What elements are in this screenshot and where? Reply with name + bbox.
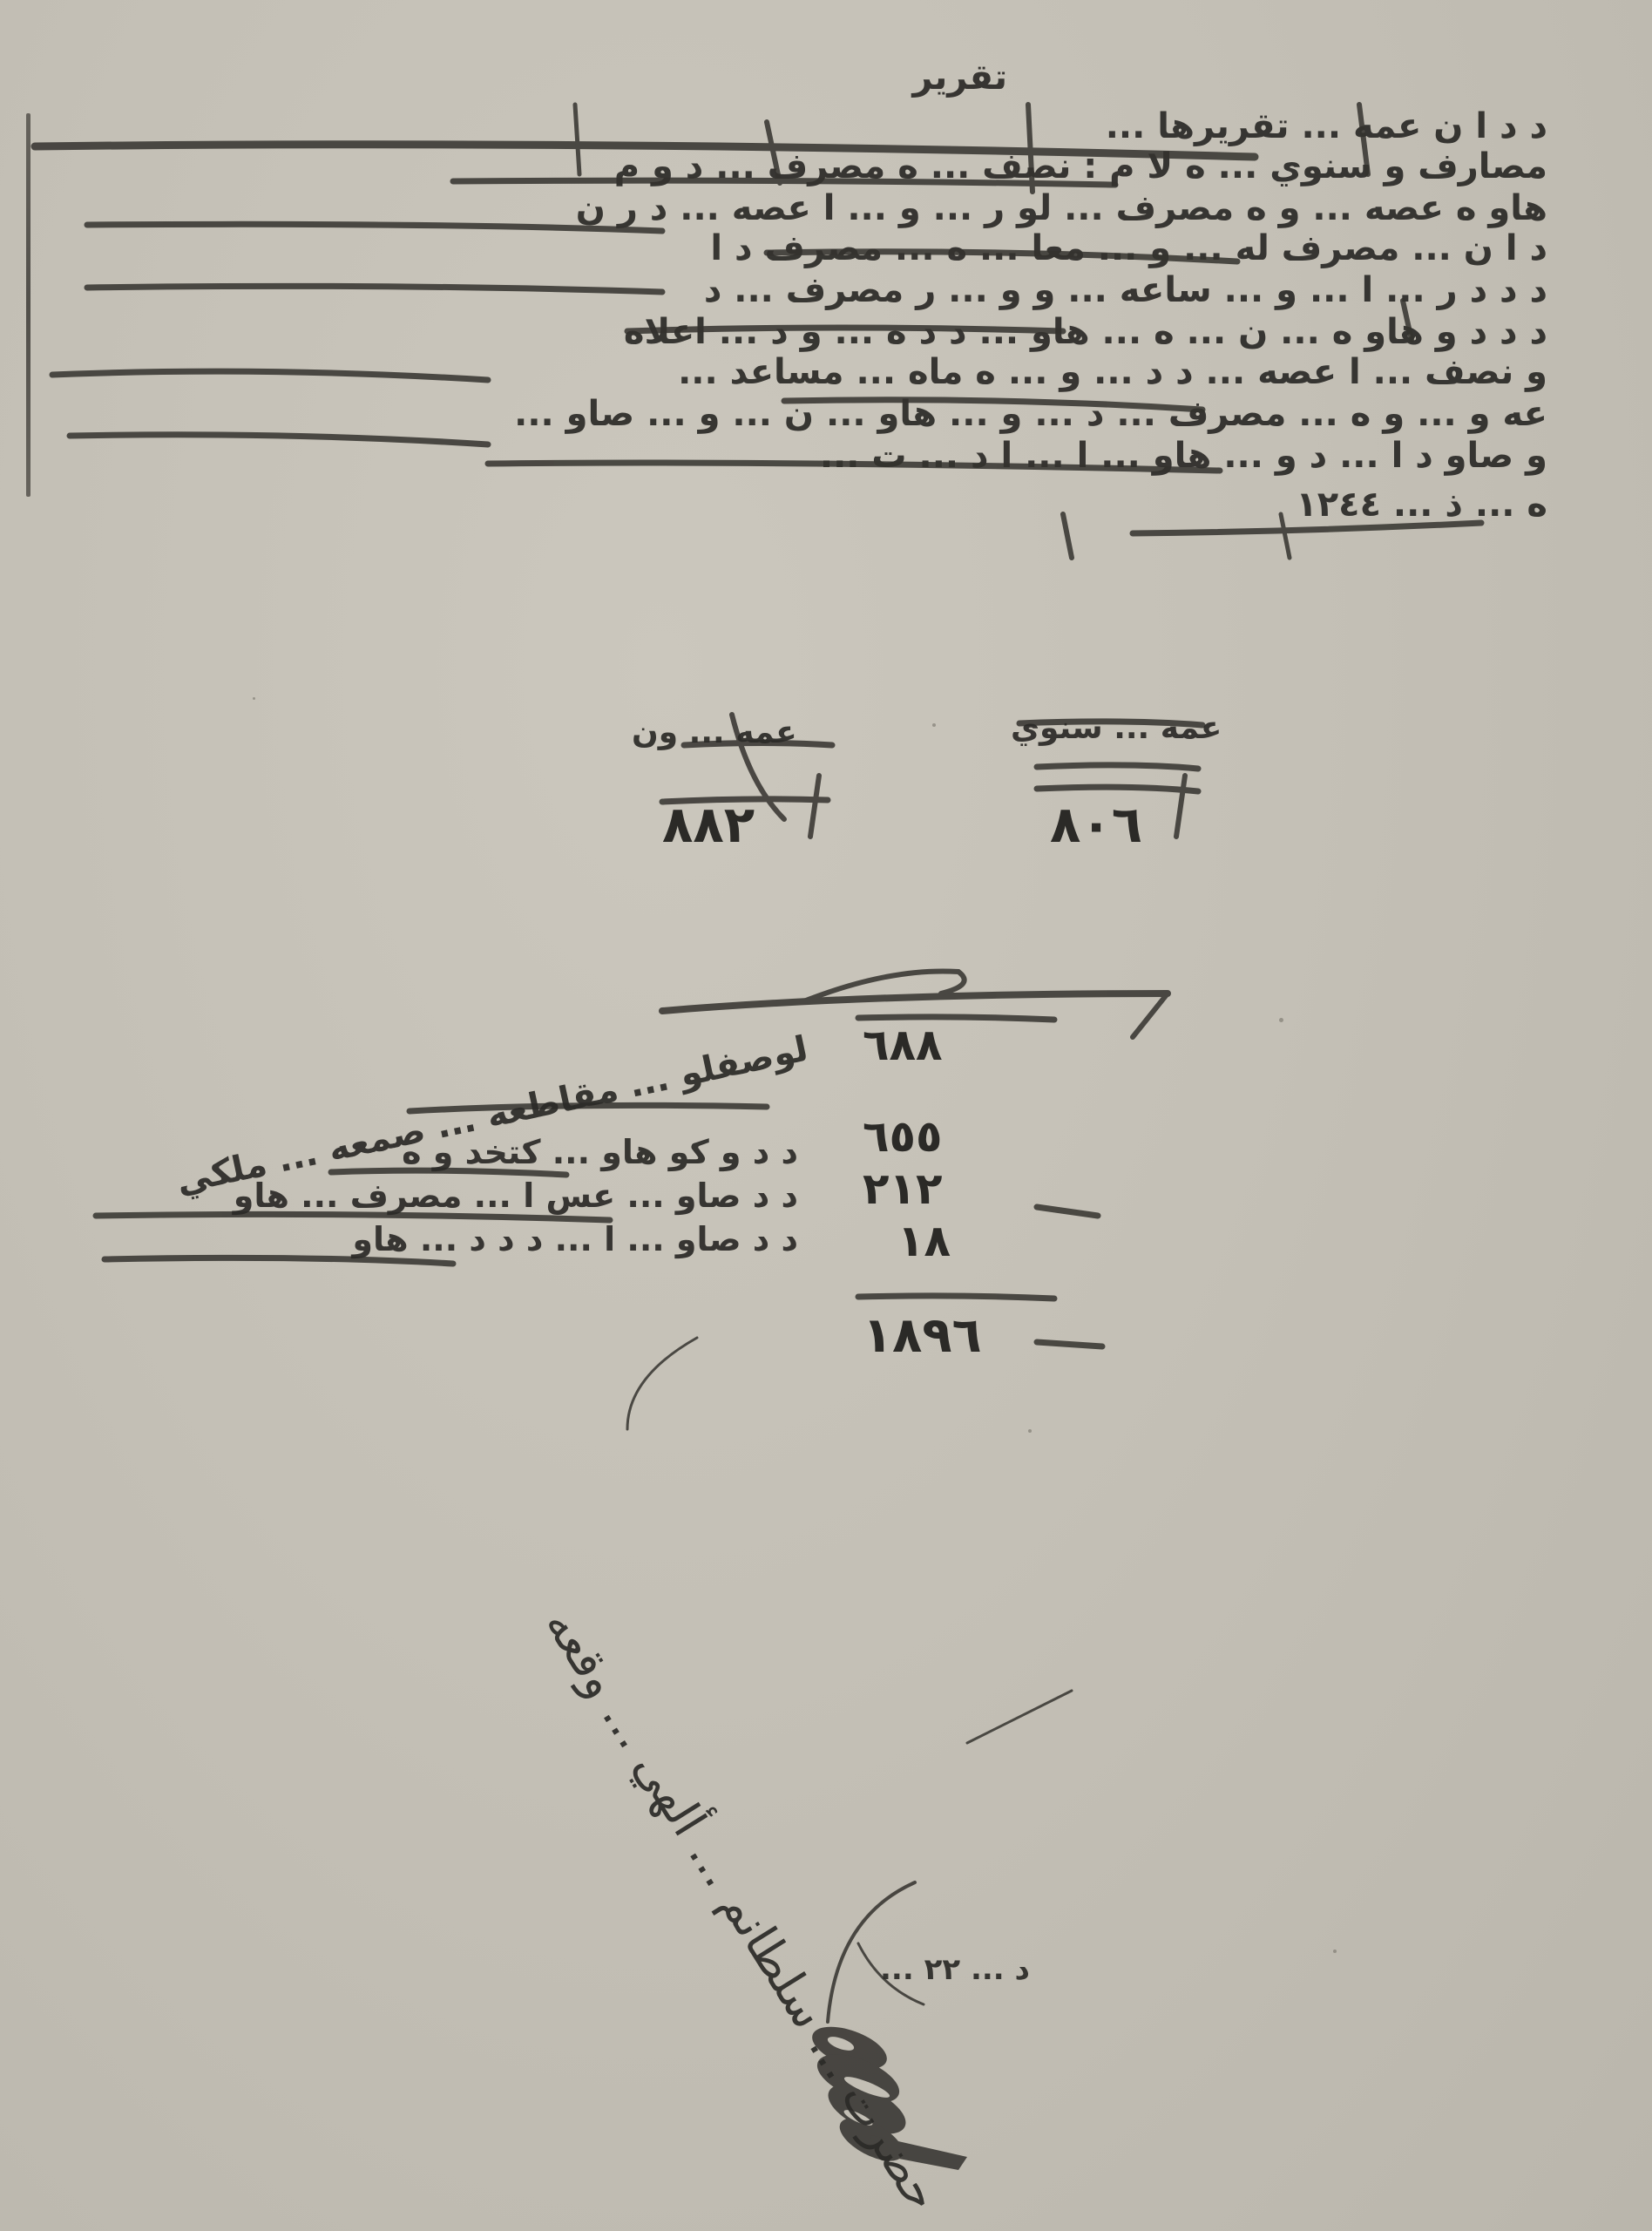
document-page: تقرير د د ا ن عمه ... تقريرها ... مصارف … xyxy=(0,0,1652,2231)
account-value: ٢١٢ xyxy=(863,1163,943,1214)
signature-number: ٨٨٢ xyxy=(662,795,755,854)
account-entry: د د صاو ... عس ا ... مصرف ... هاو xyxy=(234,1177,798,1215)
signature-label: عمه ... ون xyxy=(632,715,797,750)
account-value: ٦٨٨ xyxy=(863,1020,943,1070)
signature-label: عمه ... سنوي xyxy=(1011,710,1222,746)
seal-mark: د ... ٢٢ ... xyxy=(880,1952,1030,1987)
account-entry: د د صاو ... ا ... د د د ... هاو xyxy=(352,1220,798,1258)
account-value: ١٨ xyxy=(897,1216,951,1266)
signature-number: ٨٠٦ xyxy=(1050,795,1142,854)
calligraphy-strokes xyxy=(0,0,1652,2231)
account-entry: د د و كو هاو ... كتخد و ه xyxy=(402,1133,798,1171)
account-total: ١٨٩٦ xyxy=(863,1307,982,1364)
account-value: ٦٥٥ xyxy=(863,1111,943,1162)
